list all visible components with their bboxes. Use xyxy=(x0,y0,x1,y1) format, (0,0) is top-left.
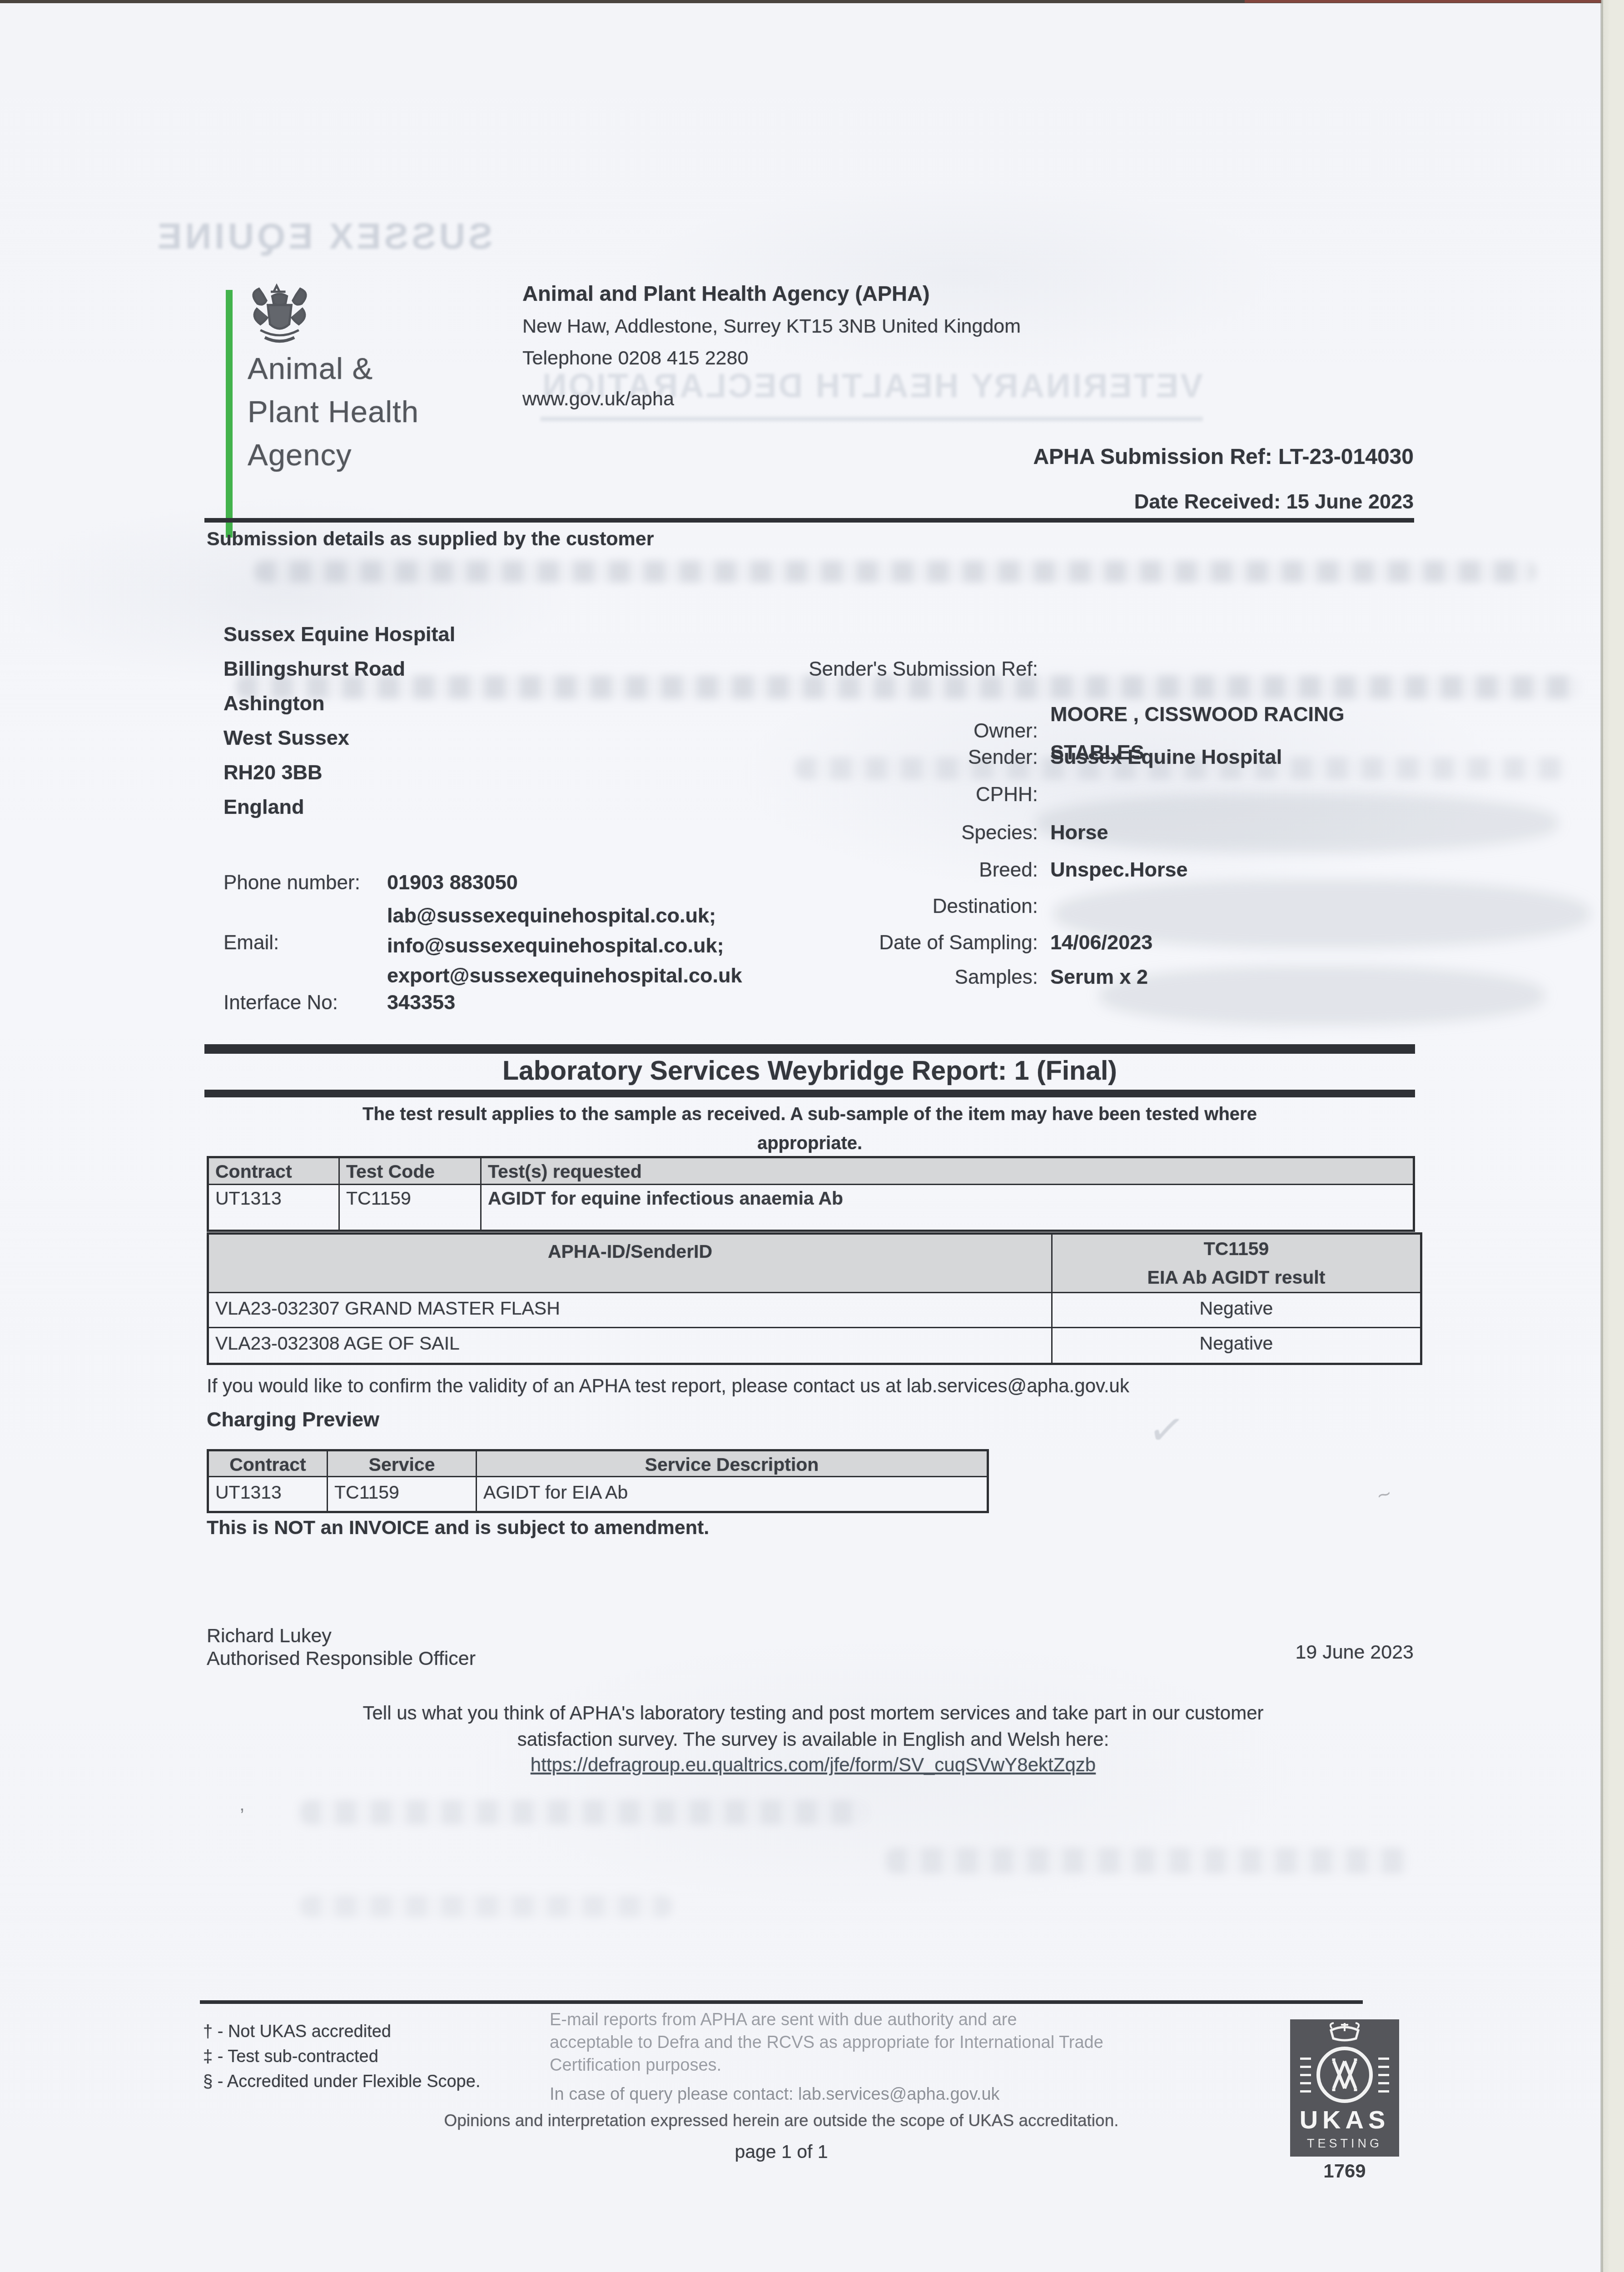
signoff-date: 19 June 2023 xyxy=(1181,1641,1414,1664)
field-label: Sender: xyxy=(536,746,1038,769)
ukas-scope-note: Opinions and interpretation expressed he… xyxy=(200,2111,1363,2130)
table-header-cell: Test(s) requested xyxy=(482,1158,1413,1184)
ukas-badge-subtitle: TESTING xyxy=(1307,2137,1382,2150)
field-value: 14/06/2023 xyxy=(1050,931,1152,954)
table-cell: TC1159 xyxy=(328,1477,477,1511)
sample-id-cell: VLA23-032307 GRAND MASTER FLASH xyxy=(209,1293,1053,1327)
stray-mark: ’ xyxy=(240,1805,244,1828)
customer-address-line: Ashington xyxy=(223,686,455,721)
agency-telephone: Telephone 0208 415 2280 xyxy=(522,347,748,369)
ghost-strip xyxy=(300,1800,868,1825)
interface-label: Interface No: xyxy=(223,992,338,1014)
submission-section-title: Submission details as supplied by the cu… xyxy=(207,528,654,550)
signoff-role: Authorised Responsible Officer xyxy=(207,1648,476,1670)
survey-line1: Tell us what you think of APHA's laborat… xyxy=(182,1702,1445,1724)
ghost-check-mark: ✓ xyxy=(1145,1402,1188,1458)
scan-right-margin xyxy=(1601,0,1624,2272)
table-header-cell: Test Code xyxy=(340,1158,482,1184)
field-value: Horse xyxy=(1050,821,1108,844)
phone-label: Phone number: xyxy=(223,872,360,894)
results-table: APHA-ID/SenderID TC1159 EIA Ab AGIDT res… xyxy=(207,1232,1422,1365)
footer-email-note-line: E-mail reports from APHA are sent with d… xyxy=(550,2008,1103,2031)
logo-line-2: Plant Health xyxy=(248,390,419,433)
ukas-badge-name: UKAS xyxy=(1300,2105,1390,2134)
page-number: page 1 of 1 xyxy=(200,2141,1363,2162)
result-header-desc: EIA Ab AGIDT result xyxy=(1059,1267,1414,1288)
customer-address-line: Sussex Equine Hospital xyxy=(223,617,455,652)
ukas-testing-badge: UKAS TESTING xyxy=(1290,2019,1399,2157)
footer-legend-line: § - Accredited under Flexible Scope. xyxy=(203,2069,480,2094)
date-received: Date Received: 15 June 2023 xyxy=(727,490,1414,513)
result-cell: Negative xyxy=(1053,1328,1420,1363)
report-disclaimer-line2: appropriate. xyxy=(204,1133,1415,1154)
table-header-cell: Contract xyxy=(209,1158,340,1184)
field-label: Sender's Submission Ref: xyxy=(536,658,1038,681)
field-label: Breed: xyxy=(536,859,1038,882)
charging-preview-title: Charging Preview xyxy=(207,1408,379,1431)
footer-divider xyxy=(200,2000,1363,2004)
ghost-strip xyxy=(254,561,1535,583)
report-disclaimer-line1: The test result applies to the sample as… xyxy=(204,1104,1415,1125)
royal-crest-icon xyxy=(235,281,324,356)
apha-logo-green-bar xyxy=(226,290,233,538)
field-label: Date of Sampling: xyxy=(536,932,1038,954)
report-title: Laboratory Services Weybridge Report: 1 … xyxy=(204,1055,1415,1086)
result-cell: Negative xyxy=(1053,1293,1420,1327)
field-label: Samples: xyxy=(536,966,1038,989)
ghost-blob xyxy=(1099,966,1545,1025)
field-label: Species: xyxy=(536,822,1038,844)
table-cell: UT1313 xyxy=(209,1477,328,1511)
table-cell: UT1313 xyxy=(209,1185,340,1230)
logo-line-1: Animal & xyxy=(248,347,419,390)
field-value: Sussex Equine Hospital xyxy=(1050,745,1282,769)
table-cell: AGIDT for equine infectious anaemia Ab xyxy=(482,1185,1413,1230)
footer-legend-line: † - Not UKAS accredited xyxy=(203,2019,480,2044)
survey-link[interactable]: https://defragroup.eu.qualtrics.com/jfe/… xyxy=(531,1754,1096,1775)
field-label: Owner: xyxy=(536,720,1038,742)
ghost-blob xyxy=(1036,793,1558,852)
field-label: Destination: xyxy=(536,895,1038,918)
table-cell: AGIDT for EIA Ab xyxy=(477,1477,987,1511)
ghost-strip xyxy=(300,1895,672,1917)
scan-top-edge-artifact xyxy=(1245,0,1624,3)
submission-ref: APHA Submission Ref: LT-23-014030 xyxy=(727,444,1414,469)
email-label: Email: xyxy=(223,932,279,954)
ghost-text-sussex-equine: SUSSEX EQUINE xyxy=(154,215,493,257)
phone-value: 01903 883050 xyxy=(387,871,518,894)
title-bar-bottom xyxy=(204,1090,1415,1097)
footer-email-note-line: Certification purposes. xyxy=(550,2054,1103,2077)
stray-mark: ∼ xyxy=(1374,1482,1394,1506)
customer-address-line: England xyxy=(223,790,455,824)
results-result-header: TC1159 EIA Ab AGIDT result xyxy=(1053,1235,1420,1292)
customer-address-line: RH20 3BB xyxy=(223,755,455,790)
agency-website: www.gov.uk/apha xyxy=(522,388,674,410)
field-value: Serum x 2 xyxy=(1050,965,1148,989)
interface-value: 343353 xyxy=(387,991,455,1014)
ukas-circle-icon xyxy=(1318,2048,1371,2101)
scan-paper-edge xyxy=(1600,0,1603,2272)
tests-requested-table: Contract Test Code Test(s) requested UT1… xyxy=(207,1156,1415,1232)
customer-address-line: West Sussex xyxy=(223,721,455,755)
sample-id-cell: VLA23-032308 AGE OF SAIL xyxy=(209,1328,1053,1363)
field-value: Unspec.Horse xyxy=(1050,858,1188,882)
table-header-cell: Service Description xyxy=(477,1451,987,1476)
agency-address: New Haw, Addlestone, Surrey KT15 3NB Uni… xyxy=(522,315,1021,338)
survey-link-row: https://defragroup.eu.qualtrics.com/jfe/… xyxy=(182,1754,1445,1776)
title-bar-top xyxy=(204,1044,1415,1054)
apha-logo-wordmark: Animal & Plant Health Agency xyxy=(248,347,419,477)
not-invoice-note: This is NOT an INVOICE and is subject to… xyxy=(207,1517,709,1539)
survey-line2: satisfaction survey. The survey is avail… xyxy=(182,1729,1445,1750)
ukas-accreditation-number: 1769 xyxy=(1290,2160,1399,2182)
agency-title: Animal and Plant Health Agency (APHA) xyxy=(522,281,930,306)
result-header-code: TC1159 xyxy=(1059,1238,1414,1260)
table-cell: TC1159 xyxy=(340,1185,482,1230)
table-header-cell: Service xyxy=(328,1451,477,1476)
scanned-page: SUSSEX EQUINE VETERINARY HEALTH DECLARAT… xyxy=(0,3,1601,2272)
ghost-strip xyxy=(886,1848,1408,1874)
table-header-cell: Contract xyxy=(209,1451,328,1476)
footer-query-note: In case of query please contact: lab.ser… xyxy=(550,2083,1103,2106)
footer-legend-line: ‡ - Test sub-contracted xyxy=(203,2044,480,2069)
charging-table: Contract Service Service Description UT1… xyxy=(207,1449,989,1513)
footer-email-note-line: acceptable to Defra and the RCVS as appr… xyxy=(550,2031,1103,2054)
customer-address-line: Billingshurst Road xyxy=(223,652,455,686)
logo-line-3: Agency xyxy=(248,433,419,477)
validity-note: If you would like to confirm the validit… xyxy=(207,1375,1129,1397)
signoff-name: Richard Lukey xyxy=(207,1625,332,1647)
field-label: CPHH: xyxy=(536,783,1038,806)
header-divider xyxy=(204,518,1414,523)
ukas-crown-icon xyxy=(1331,2023,1359,2040)
results-id-header: APHA-ID/SenderID xyxy=(209,1235,1053,1292)
